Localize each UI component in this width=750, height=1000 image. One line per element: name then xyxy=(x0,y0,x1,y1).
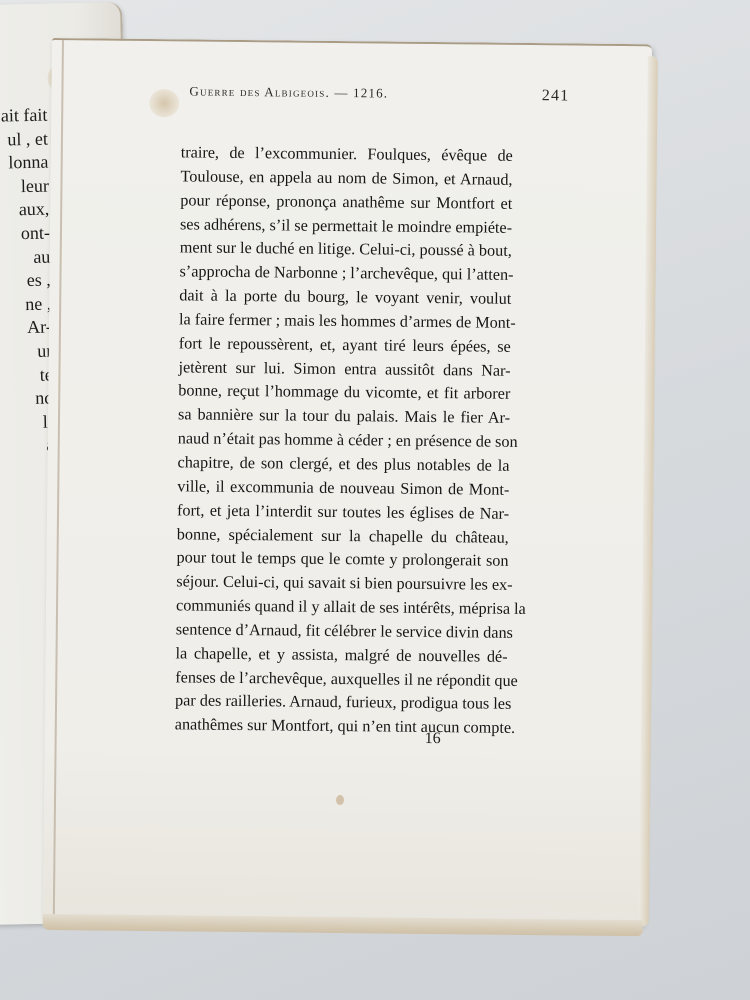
text-fragment: aux, xyxy=(0,198,50,223)
text-line: bonne, spécialement sur la chapelle du c… xyxy=(177,523,509,550)
foxing-spot xyxy=(336,795,344,805)
text-line: jetèrent sur lui. Simon entra aussitôt d… xyxy=(178,356,510,383)
text-line: pour réponse, prononça anathême sur Mont… xyxy=(180,189,512,216)
text-line: communiés quand il y allait de ses intér… xyxy=(176,594,508,621)
text-line: s’approcha de Narbonne ; l’archevêque, q… xyxy=(179,261,511,288)
text-fragment: ait fait xyxy=(0,104,48,129)
page-edge xyxy=(639,56,658,926)
running-head: Guerre des Albigeois. — 1216. 241 xyxy=(190,83,570,87)
text-fragment: a xyxy=(0,434,55,459)
text-fragment: ne , xyxy=(0,292,52,317)
text-line: chapitre, de son clergé, et des plus not… xyxy=(177,451,509,478)
table-surface: ait fait ul , et lonna leur aux, ont- au… xyxy=(0,0,750,1000)
text-line: anathêmes sur Montfort, qui n’en tint au… xyxy=(175,714,507,741)
text-fragment: ul , et xyxy=(0,127,48,152)
text-line: la chapelle, et y assista, malgré de nou… xyxy=(175,642,507,669)
body-text: traire, de l’excommunier. Foulques, évêq… xyxy=(175,141,513,741)
text-line: sa bannière sur la tour du palais. Mais … xyxy=(178,404,510,431)
text-fragment: leur xyxy=(0,174,49,199)
text-line: traire, de l’excommunier. Foulques, évêq… xyxy=(181,141,513,168)
text-line: sentence d’Arnaud, fit célébrer le servi… xyxy=(176,618,508,645)
foxing-stain xyxy=(149,89,179,117)
running-title: Guerre des Albigeois. — 1216. xyxy=(189,83,388,101)
text-line: ses adhérens, s’il se permettait le moin… xyxy=(180,213,512,240)
text-line: bonne, reçut l’hommage du vicomte, et fi… xyxy=(178,380,510,407)
text-line: ment sur le duché en litige. Celui-ci, p… xyxy=(180,237,512,264)
text-fragment: ont- xyxy=(0,222,50,247)
text-line: par des railleries. Arnaud, furieux, pro… xyxy=(175,690,507,717)
text-fragment: ur xyxy=(0,339,53,364)
left-page-text: ait fait ul , et lonna leur aux, ont- au… xyxy=(0,104,55,483)
text-line: ville, il excommunia de nouveau Simon de… xyxy=(177,475,509,502)
text-fragment: es , xyxy=(0,269,51,294)
text-line: fort le repoussèrent, et, ayant tiré leu… xyxy=(179,332,511,359)
text-fragment: nd xyxy=(0,387,54,412)
text-line: la faire fermer ; mais les hommes d’arme… xyxy=(179,308,511,335)
text-fragment: l- xyxy=(0,410,54,435)
gutter-fold xyxy=(53,40,64,920)
page-number: 241 xyxy=(542,87,570,105)
text-line: pour tout le temps que le comte y prolon… xyxy=(176,547,508,574)
text-line: Toulouse, en appela au nom de Simon, et … xyxy=(180,165,512,192)
text-line: dait à la porte du bourg, le voyant veni… xyxy=(179,284,511,311)
text-line: fort, et jeta l’interdit sur toutes les … xyxy=(177,499,509,526)
text-line: naud n’était pas homme à céder ; en prés… xyxy=(178,427,510,454)
text-line: fenses de l’archevêque, auxquelles il ne… xyxy=(175,666,507,693)
text-fragment: Ar- xyxy=(0,316,52,341)
text-fragment: au xyxy=(0,245,51,270)
text-line: séjour. Celui-ci, qui savait si bien pou… xyxy=(176,571,508,598)
text-fragment: lonna xyxy=(0,151,49,176)
right-page: Guerre des Albigeois. — 1216. 241 traire… xyxy=(43,38,652,926)
text-fragment: te xyxy=(0,363,53,388)
signature-mark: 16 xyxy=(425,730,441,748)
